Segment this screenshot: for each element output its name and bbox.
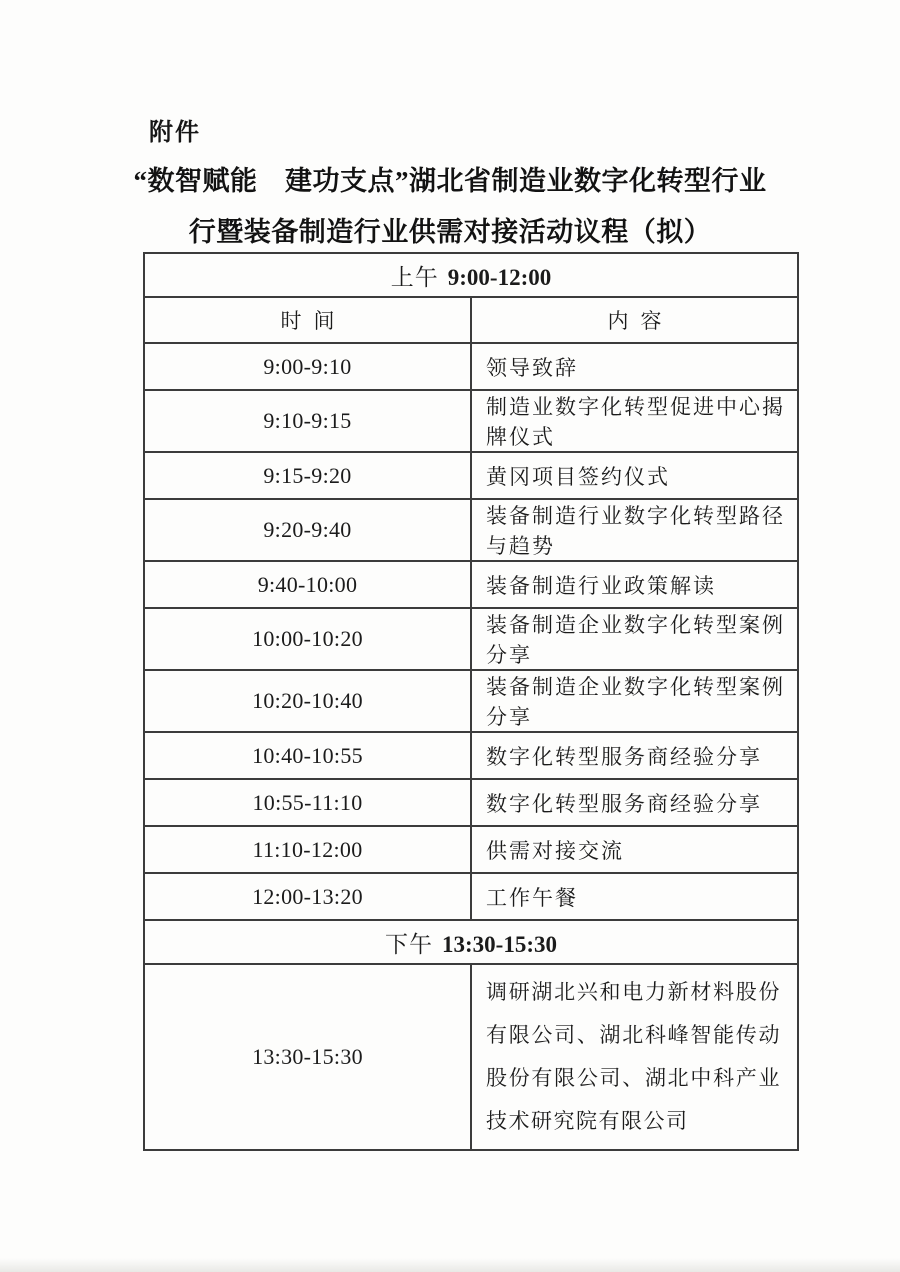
row-content: 制造业数字化转型促进中心揭牌仪式 <box>471 390 798 452</box>
afternoon-section-header: 下午13:30-15:30 <box>144 920 798 964</box>
agenda-table: 上午9:00-12:00 时间 内容 9:00-9:10 领导致辞 9:10-9… <box>143 252 799 1151</box>
table-row: 9:20-9:40 装备制造行业数字化转型路径与趋势 <box>144 499 798 561</box>
table-row: 10:55-11:10 数字化转型服务商经验分享 <box>144 779 798 826</box>
row-time: 10:55-11:10 <box>144 779 471 826</box>
morning-time-range: 9:00-12:00 <box>448 265 551 290</box>
document-title: “数智赋能 建功支点”湖北省制造业数字化转型行业 行暨装备制造行业供需对接活动议… <box>0 156 900 258</box>
table-row: 11:10-12:00 供需对接交流 <box>144 826 798 873</box>
row-content: 调研湖北兴和电力新材料股份有限公司、湖北科峰智能传动股份有限公司、湖北中科产业技… <box>471 964 798 1150</box>
row-content: 装备制造企业数字化转型案例分享 <box>471 608 798 670</box>
morning-section-header: 上午9:00-12:00 <box>144 253 798 297</box>
afternoon-period-label: 下午 <box>385 932 433 957</box>
afternoon-time-range: 13:30-15:30 <box>442 932 557 957</box>
table-row: 9:15-9:20 黄冈项目签约仪式 <box>144 452 798 499</box>
row-time: 9:20-9:40 <box>144 499 471 561</box>
table-row: 9:00-9:10 领导致辞 <box>144 343 798 390</box>
table-row: 10:00-10:20 装备制造企业数字化转型案例分享 <box>144 608 798 670</box>
row-time: 9:00-9:10 <box>144 343 471 390</box>
row-time: 9:40-10:00 <box>144 561 471 608</box>
table-row: 9:10-9:15 制造业数字化转型促进中心揭牌仪式 <box>144 390 798 452</box>
row-time: 12:00-13:20 <box>144 873 471 920</box>
table-row: 10:40-10:55 数字化转型服务商经验分享 <box>144 732 798 779</box>
row-content: 黄冈项目签约仪式 <box>471 452 798 499</box>
row-time: 10:20-10:40 <box>144 670 471 732</box>
row-content: 装备制造行业政策解读 <box>471 561 798 608</box>
row-content: 装备制造行业数字化转型路径与趋势 <box>471 499 798 561</box>
scan-shadow-edge <box>0 1258 900 1272</box>
scanned-document-page: 附件 “数智赋能 建功支点”湖北省制造业数字化转型行业 行暨装备制造行业供需对接… <box>0 0 900 1272</box>
row-content: 领导致辞 <box>471 343 798 390</box>
morning-period-label: 上午 <box>391 265 439 290</box>
column-header-row: 时间 内容 <box>144 297 798 343</box>
column-header-content: 内容 <box>471 297 798 343</box>
row-time: 11:10-12:00 <box>144 826 471 873</box>
afternoon-table-row: 13:30-15:30 调研湖北兴和电力新材料股份有限公司、湖北科峰智能传动股份… <box>144 964 798 1150</box>
document-title-line2: 行暨装备制造行业供需对接活动议程（拟） <box>0 207 900 258</box>
row-time: 9:10-9:15 <box>144 390 471 452</box>
row-content: 数字化转型服务商经验分享 <box>471 779 798 826</box>
morning-section-row: 上午9:00-12:00 <box>144 253 798 297</box>
row-time: 10:40-10:55 <box>144 732 471 779</box>
table-row: 9:40-10:00 装备制造行业政策解读 <box>144 561 798 608</box>
row-content: 数字化转型服务商经验分享 <box>471 732 798 779</box>
table-row: 12:00-13:20 工作午餐 <box>144 873 798 920</box>
document-title-line1: “数智赋能 建功支点”湖北省制造业数字化转型行业 <box>0 156 900 207</box>
table-row: 10:20-10:40 装备制造企业数字化转型案例分享 <box>144 670 798 732</box>
column-header-time: 时间 <box>144 297 471 343</box>
row-time: 13:30-15:30 <box>144 964 471 1150</box>
row-content: 工作午餐 <box>471 873 798 920</box>
row-time: 10:00-10:20 <box>144 608 471 670</box>
row-content: 供需对接交流 <box>471 826 798 873</box>
afternoon-section-row: 下午13:30-15:30 <box>144 920 798 964</box>
row-time: 9:15-9:20 <box>144 452 471 499</box>
row-content: 装备制造企业数字化转型案例分享 <box>471 670 798 732</box>
attachment-label: 附件 <box>149 112 201 147</box>
